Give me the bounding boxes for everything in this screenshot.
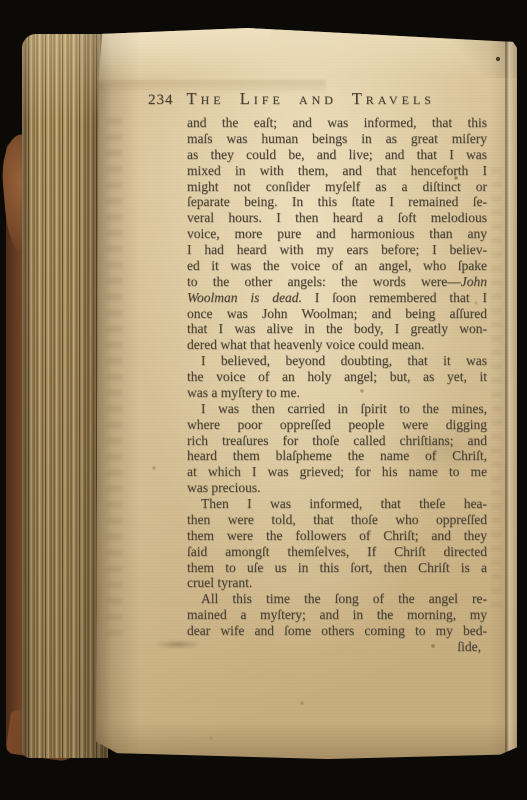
text-segment: mixed in with them, and that henceforth …: [187, 163, 487, 178]
text-segment: as they could be, and live; and that I w…: [187, 147, 487, 162]
text-line: ſeparate being. In this ſtate I remained…: [187, 194, 487, 210]
text-segment: voice, more pure and harmonious than any: [187, 226, 487, 241]
text-line: as they could be, and live; and that I w…: [187, 147, 487, 163]
text-segment: I believed, beyond doubting, that it was: [201, 353, 487, 368]
running-header: 234 The Life and Travels: [148, 89, 478, 109]
text-segment: at which I was grieved; for his name to …: [187, 464, 487, 479]
text-segment: I ſoon remembered that I: [302, 290, 487, 305]
body-text-block: and the eaſt; and was informed, that thi…: [187, 115, 487, 639]
foxing-speckles: [96, 28, 98, 30]
text-line: mixed in with them, and that henceforth …: [187, 163, 487, 179]
text-segment: was a myſtery to me.: [187, 385, 300, 400]
text-line: might not conſider myſelf as a diſtinct …: [187, 179, 487, 195]
text-segment: them were the followers of Chriſt; and t…: [187, 528, 487, 543]
text-line: voice, more pure and harmonious than any: [187, 226, 487, 242]
text-segment: where poor oppreſſed people were digging: [187, 417, 487, 432]
text-segment: Then I was informed, that theſe hea-: [201, 496, 487, 511]
text-segment: and the eaſt; and was informed, that thi…: [187, 115, 487, 130]
text-line: that I was alive in the body, I greatly …: [187, 321, 487, 337]
text-line: them were the followers of Chriſt; and t…: [187, 528, 487, 544]
text-segment: then were told, that thoſe who oppreſſed: [187, 512, 487, 527]
text-line: I had heard with my ears before; I belie…: [187, 242, 487, 258]
text-line: All this time the ſong of the angel re-: [187, 591, 487, 607]
text-line: veral hours. I then heard a ſoft melodio…: [187, 210, 487, 226]
text-segment: cruel tyrant.: [187, 575, 252, 590]
book-photo: 234 The Life and Travels and the eaſt; a…: [0, 0, 527, 800]
text-segment: once was John Woolman; and being aſſured: [187, 306, 487, 321]
text-segment: the voice of an holy angel; but, as yet,…: [187, 369, 487, 384]
text-line: where poor oppreſſed people were digging: [187, 417, 487, 433]
text-line: maſs was human beings in as great miſery: [187, 131, 487, 147]
text-line: was a myſtery to me.: [187, 385, 487, 401]
text-segment: might not conſider myſelf as a diſtinct …: [187, 179, 487, 194]
text-line: mained a myſtery; and in the morning, my: [187, 607, 487, 623]
text-segment: veral hours. I then heard a ſoft melodio…: [187, 210, 487, 225]
italic-text-segment: John: [461, 274, 487, 289]
text-line: once was John Woolman; and being aſſured: [187, 306, 487, 322]
text-segment: ſeparate being. In this ſtate I remained…: [187, 194, 487, 209]
text-line: dear wife and ſome others coming to my b…: [187, 623, 487, 639]
text-line: I believed, beyond doubting, that it was: [187, 353, 487, 369]
text-segment: dear wife and ſome others coming to my b…: [187, 623, 487, 638]
text-segment: to the other angels: the words were—: [187, 274, 461, 289]
text-segment: mained a myſtery; and in the morning, my: [187, 607, 487, 622]
ink-showthrough-left: [106, 118, 122, 638]
text-segment: ſaid amongſt themſelves, If Chriſt direc…: [187, 544, 487, 559]
text-line: dered what that heavenly voice could mea…: [187, 337, 487, 353]
ink-showthrough-right: [491, 168, 502, 608]
text-segment: heard them blaſpheme the name of Chriſt,: [187, 448, 487, 463]
text-segment: dered what that heavenly voice could mea…: [187, 337, 424, 352]
page-fore-edge: [505, 28, 517, 759]
text-segment: All this time the ſong of the angel re-: [201, 591, 487, 606]
text-line: and the eaſt; and was informed, that thi…: [187, 115, 487, 131]
text-line: then were told, that thoſe who oppreſſed: [187, 512, 487, 528]
text-line: cruel tyrant.: [187, 575, 487, 591]
book-page: 234 The Life and Travels and the eaſt; a…: [96, 28, 517, 759]
running-title: The Life and Travels: [187, 89, 435, 109]
catchword: ſide,: [187, 639, 481, 655]
text-segment: was precious.: [187, 480, 260, 495]
text-line: was precious.: [187, 480, 487, 496]
page-number: 234: [148, 92, 174, 109]
text-line: to the other angels: the words were—John: [187, 274, 487, 290]
text-line: the voice of an holy angel; but, as yet,…: [187, 369, 487, 385]
text-line: Then I was informed, that theſe hea-: [187, 496, 487, 512]
text-segment: that I was alive in the body, I greatly …: [187, 321, 487, 336]
text-line: rich treaſures for thoſe called chriſtia…: [187, 433, 487, 449]
text-segment: rich treaſures for thoſe called chriſtia…: [187, 433, 487, 448]
text-line: ſaid amongſt themſelves, If Chriſt direc…: [187, 544, 487, 560]
page-fold-highlight: [96, 28, 271, 84]
text-line: them to uſe us in this ſort, then Chriſt…: [187, 560, 487, 576]
page-edges-stack: [22, 34, 108, 758]
text-line: I was then carried in ſpirit to the mine…: [187, 401, 487, 417]
text-line: ed it was the voice of an angel, who ſpa…: [187, 258, 487, 274]
text-segment: I had heard with my ears before; I belie…: [187, 242, 487, 257]
text-segment: maſs was human beings in as great miſery: [187, 131, 487, 146]
text-segment: I was then carried in ſpirit to the mine…: [201, 401, 487, 416]
text-line: Woolman is dead. I ſoon remembered that …: [187, 290, 487, 306]
text-line: at which I was grieved; for his name to …: [187, 464, 487, 480]
text-segment: ed it was the voice of an angel, who ſpa…: [187, 258, 487, 273]
italic-text-segment: Woolman is dead.: [187, 290, 302, 305]
text-segment: them to uſe us in this ſort, then Chriſt…: [187, 560, 487, 575]
text-line: heard them blaſpheme the name of Chriſt,: [187, 448, 487, 464]
